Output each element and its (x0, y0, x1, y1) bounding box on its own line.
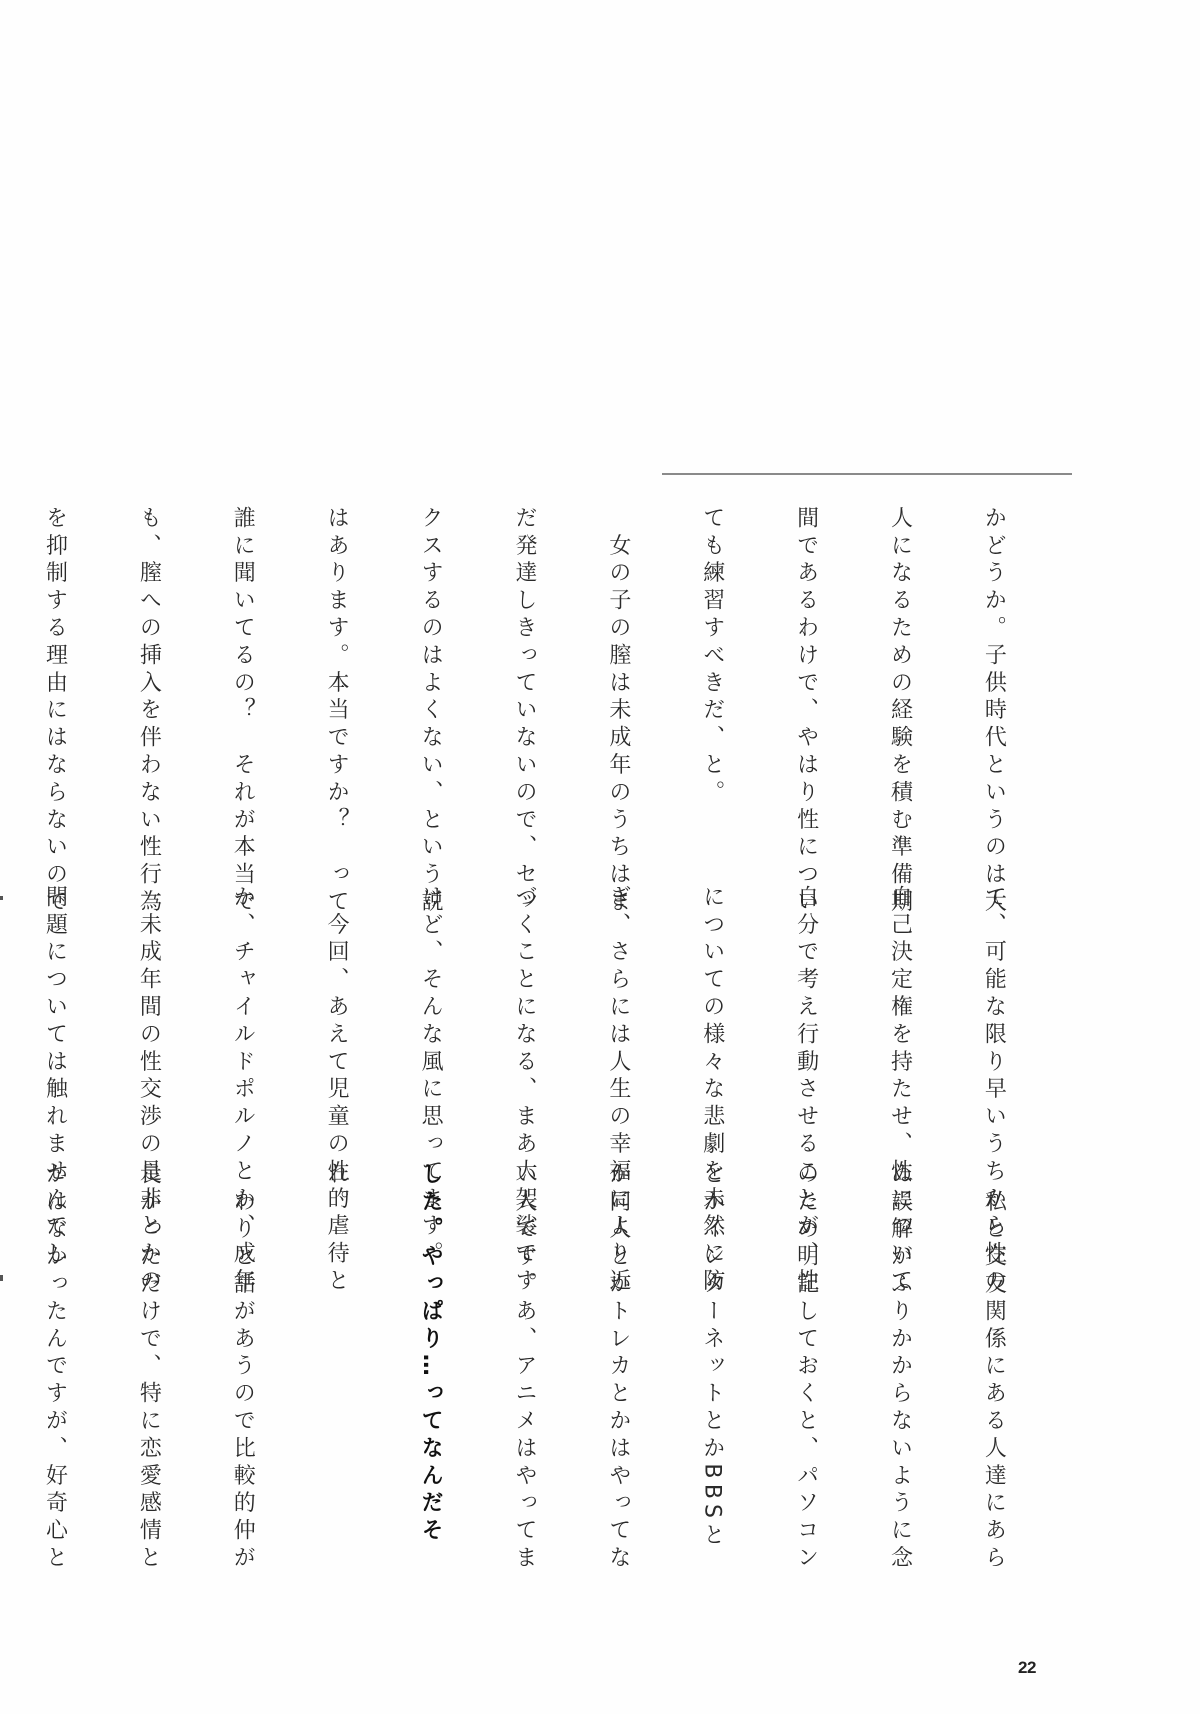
scan-edge-mark (0, 1275, 3, 1281)
text-column: を抑制する理由にはならないので (39, 506, 70, 878)
text-column: ても練習すべきだ、と。 (696, 506, 727, 878)
text-column: 女の子の膣は未成年のうちはま (603, 506, 634, 878)
text-column: 誰に聞いてるの？ それが本当で (227, 506, 258, 878)
text-column: 人になるための経験を積む準備期 (884, 506, 915, 878)
text-column: い人です。あ、アニメはやってま (509, 1162, 540, 1534)
page-number: 22 (1018, 1658, 1036, 1678)
text-column: かどうか。子供時代というのは大 (978, 506, 1009, 878)
text-tier-bottom: 私と交友関係にある人達にあら ぬ誤解がふりかからないように念 のため明記しておく… (0, 1162, 1072, 1534)
text-column: か同人とかトレカとかはやってな (603, 1162, 634, 1534)
text-column: 良かっただけで、特に恋愛感情と (133, 1162, 164, 1534)
scan-edge-mark (0, 896, 3, 900)
section-divider-rule (662, 473, 1072, 475)
text-column: ぬ誤解がふりかからないように念 (884, 1162, 915, 1534)
text-column: れ。 (321, 1162, 352, 1534)
text-column: だ発達しきっていないので、セッ (509, 506, 540, 878)
text-column: わりと話があうので比較的仲が (227, 1162, 258, 1534)
text-column: も、膣への挿入を伴わない性行為 (133, 506, 164, 878)
text-column: 私と交友関係にある人達にあら (978, 1162, 1009, 1534)
text-column: クスするのはよくない、という説 (415, 506, 446, 878)
text-column-with-emphasis: した。やっぱり…ってなんだそ (415, 1162, 446, 1534)
text-column: かはなかったんですが、好奇心と (39, 1162, 70, 1534)
document-page: かどうか。子供時代というのは大 人になるための経験を積む準備期 間であるわけで、… (0, 0, 1200, 1714)
text-column: のため明記しておくと、パソコン (790, 1162, 821, 1534)
text-column: とかインターネットとかBBSと (696, 1162, 727, 1534)
text-column: はあります。本当ですか？ って (321, 506, 352, 878)
text-tier-top: かどうか。子供時代というのは大 人になるための経験を積む準備期 間であるわけで、… (0, 506, 1072, 878)
text-column: 間であるわけで、やはり性につい (790, 506, 821, 878)
